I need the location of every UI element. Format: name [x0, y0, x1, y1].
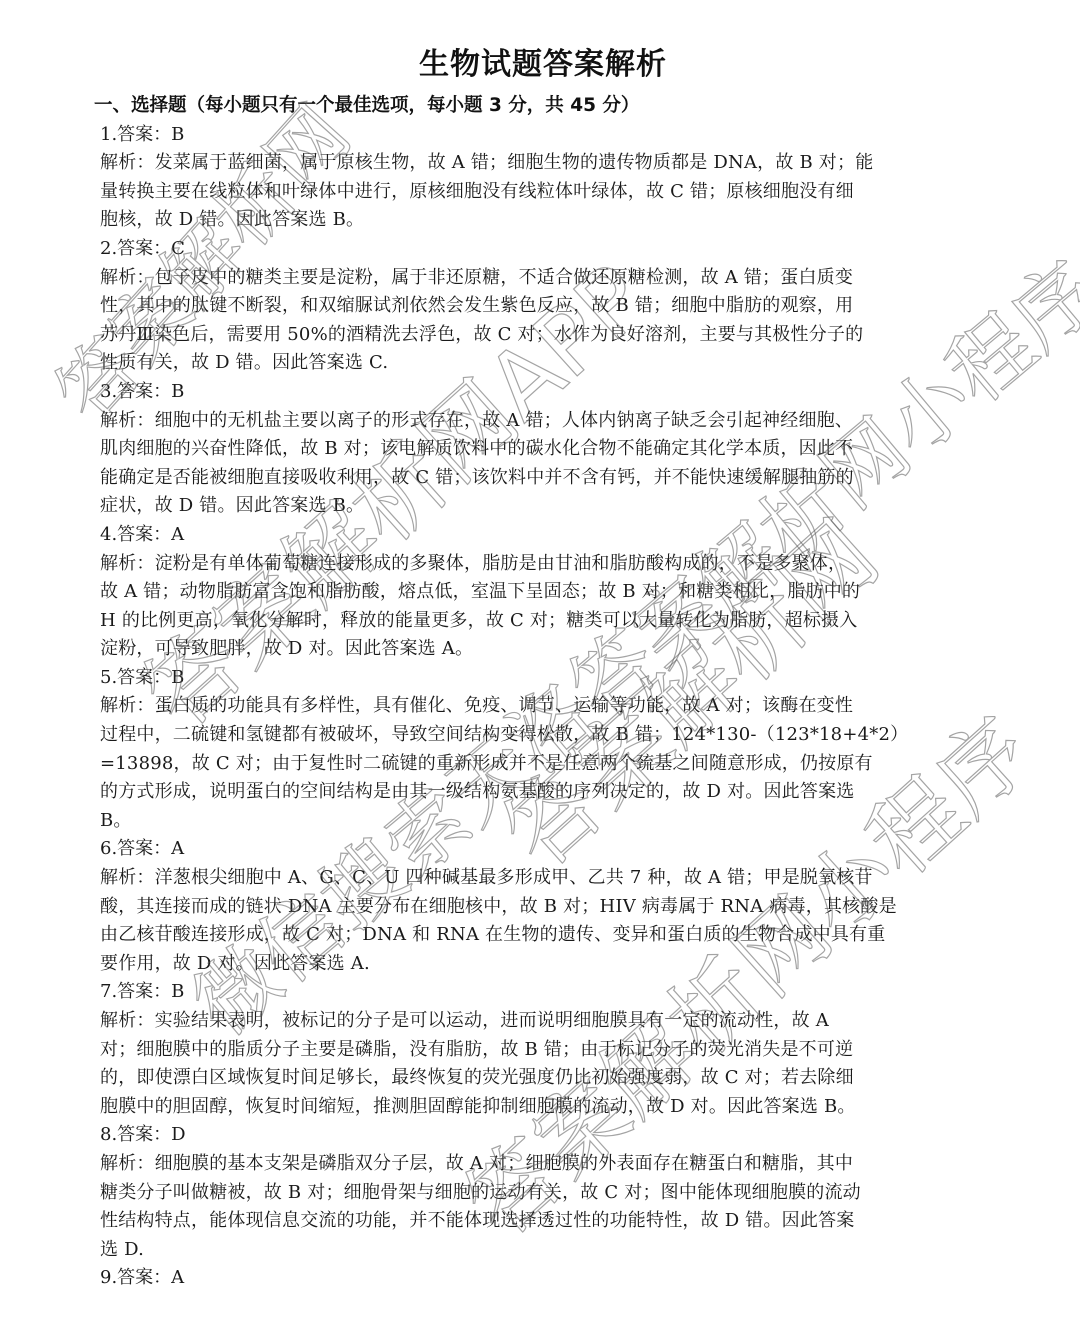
- document-title: 生物试题答案解析: [100, 40, 986, 90]
- answer-line: 7.答案：B: [100, 978, 986, 1007]
- question-1: 1.答案：B 解析：发菜属于蓝细菌，属于原核生物，故 A 错；细胞生物的遗传物质…: [100, 121, 986, 235]
- explanation-line: 由乙核苷酸连接形成，故 C 对；DNA 和 RNA 在生物的遗传、变异和蛋白质的…: [100, 921, 986, 950]
- explanation-line: 的方式形成，说明蛋白的空间结构是由其一级结构氨基酸的序列决定的，故 D 对。因此…: [100, 778, 986, 807]
- explanation-line: 淀粉，可导致肥胖，故 D 对。因此答案选 A。: [100, 635, 986, 664]
- explanation-line: 量转换主要在线粒体和叶绿体中进行，原核细胞没有线粒体叶绿体，故 C 错；原核细胞…: [100, 178, 986, 207]
- explanation-line: 胞核，故 D 错。因此答案选 B。: [100, 206, 986, 235]
- explanation-line: 酸，其连接而成的链状 DNA 主要分布在细胞核中，故 B 对；HIV 病毒属于 …: [100, 893, 986, 922]
- explanation-line: 要作用，故 D 对。因此答案选 A.: [100, 950, 986, 979]
- answer-line: 9.答案：A: [100, 1264, 986, 1293]
- explanation-line: 肌肉细胞的兴奋性降低，故 B 对；该电解质饮料中的碳水化合物不能确定其化学本质，…: [100, 435, 986, 464]
- explanation-line: 过程中，二硫键和氢键都有被破坏，导致空间结构变得松散，故 B 错；124*130…: [100, 721, 986, 750]
- explanation-line: 解析：淀粉是有单体葡萄糖连接形成的多聚体，脂肪是由甘油和脂肪酸构成的，不是多聚体…: [100, 550, 986, 579]
- answer-line: 6.答案：A: [100, 835, 986, 864]
- explanation-line: 解析：细胞膜的基本支架是磷脂双分子层，故 A 对；细胞膜的外表面存在糖蛋白和糖脂…: [100, 1150, 986, 1179]
- explanation-line: B。: [100, 807, 986, 836]
- answer-line: 5.答案：B: [100, 664, 986, 693]
- question-4: 4.答案：A 解析：淀粉是有单体葡萄糖连接形成的多聚体，脂肪是由甘油和脂肪酸构成…: [100, 521, 986, 664]
- answer-line: 8.答案：D: [100, 1121, 986, 1150]
- explanation-line: 的，即使漂白区域恢复时间足够长，最终恢复的荧光强度仍比初始强度弱，故 C 对；若…: [100, 1064, 986, 1093]
- explanation-line: 性质有关，故 D 错。因此答案选 C.: [100, 349, 986, 378]
- explanation-line: 胞膜中的胆固醇，恢复时间缩短，推测胆固醇能抑制细胞膜的流动，故 D 对。因此答案…: [100, 1093, 986, 1122]
- explanation-line: 故 A 错；动物脂肪富含饱和脂肪酸，熔点低，室温下呈固态；故 B 对；和糖类相比…: [100, 578, 986, 607]
- answer-line: 1.答案：B: [100, 121, 986, 150]
- answer-line: 3.答案：B: [100, 378, 986, 407]
- explanation-line: 症状，故 D 错。因此答案选 B。: [100, 492, 986, 521]
- question-2: 2.答案：C 解析：包子皮中的糖类主要是淀粉，属于非还原糖，不适合做还原糖检测，…: [100, 235, 986, 378]
- explanation-line: 解析：实验结果表明，被标记的分子是可以运动，进而说明细胞膜具有一定的流动性，故 …: [100, 1007, 986, 1036]
- explanation-line: 解析：洋葱根尖细胞中 A、G、C、U 四种碱基最多形成甲、乙共 7 种，故 A …: [100, 864, 986, 893]
- answer-line: 2.答案：C: [100, 235, 986, 264]
- explanation-line: 能确定是否能被细胞直接吸收利用，故 C 错；该饮料中并不含有钙，并不能快速缓解腿…: [100, 464, 986, 493]
- explanation-line: 性结构特点，能体现信息交流的功能，并不能体现选择透过性的功能特性，故 D 错。因…: [100, 1207, 986, 1236]
- explanation-line: 苏丹Ⅲ染色后，需要用 50%的酒精洗去浮色，故 C 对；水作为良好溶剂，主要与其…: [100, 321, 986, 350]
- section-heading: 一、选择题（每小题只有一个最佳选项，每小题 3 分，共 45 分）: [94, 92, 986, 121]
- explanation-line: =13898，故 C 对；由于复性时二硫键的重新形成并不是任意两个巯基之间随意形…: [100, 750, 986, 779]
- answer-line: 4.答案：A: [100, 521, 986, 550]
- explanation-line: 性，其中的肽键不断裂，和双缩脲试剂依然会发生紫色反应，故 B 错；细胞中脂肪的观…: [100, 292, 986, 321]
- question-3: 3.答案：B 解析：细胞中的无机盐主要以离子的形式存在，故 A 错；人体内钠离子…: [100, 378, 986, 521]
- explanation-line: 解析：细胞中的无机盐主要以离子的形式存在，故 A 错；人体内钠离子缺乏会引起神经…: [100, 407, 986, 436]
- question-5: 5.答案：B 解析：蛋白质的功能具有多样性，具有催化、免疫、调节、运输等功能，故…: [100, 664, 986, 836]
- explanation-line: 对；细胞膜中的脂质分子主要是磷脂，没有脂肪，故 B 错；由于标记分子的荧光消失是…: [100, 1036, 986, 1065]
- question-6: 6.答案：A 解析：洋葱根尖细胞中 A、G、C、U 四种碱基最多形成甲、乙共 7…: [100, 835, 986, 978]
- explanation-line: 糖类分子叫做糖被，故 B 对；细胞骨架与细胞的运动有关，故 C 对；图中能体现细…: [100, 1179, 986, 1208]
- explanation-line: H 的比例更高，氧化分解时，释放的能量更多，故 C 对；糖类可以大量转化为脂肪，…: [100, 607, 986, 636]
- explanation-line: 解析：发菜属于蓝细菌，属于原核生物，故 A 错；细胞生物的遗传物质都是 DNA，…: [100, 149, 986, 178]
- explanation-line: 解析：蛋白质的功能具有多样性，具有催化、免疫、调节、运输等功能，故 A 对；该酶…: [100, 692, 986, 721]
- explanation-line: 选 D.: [100, 1236, 986, 1265]
- question-7: 7.答案：B 解析：实验结果表明，被标记的分子是可以运动，进而说明细胞膜具有一定…: [100, 978, 986, 1121]
- explanation-line: 解析：包子皮中的糖类主要是淀粉，属于非还原糖，不适合做还原糖检测，故 A 错；蛋…: [100, 264, 986, 293]
- question-9: 9.答案：A: [100, 1264, 986, 1293]
- question-8: 8.答案：D 解析：细胞膜的基本支架是磷脂双分子层，故 A 对；细胞膜的外表面存…: [100, 1121, 986, 1264]
- document-page: 生物试题答案解析 一、选择题（每小题只有一个最佳选项，每小题 3 分，共 45 …: [100, 40, 986, 1293]
